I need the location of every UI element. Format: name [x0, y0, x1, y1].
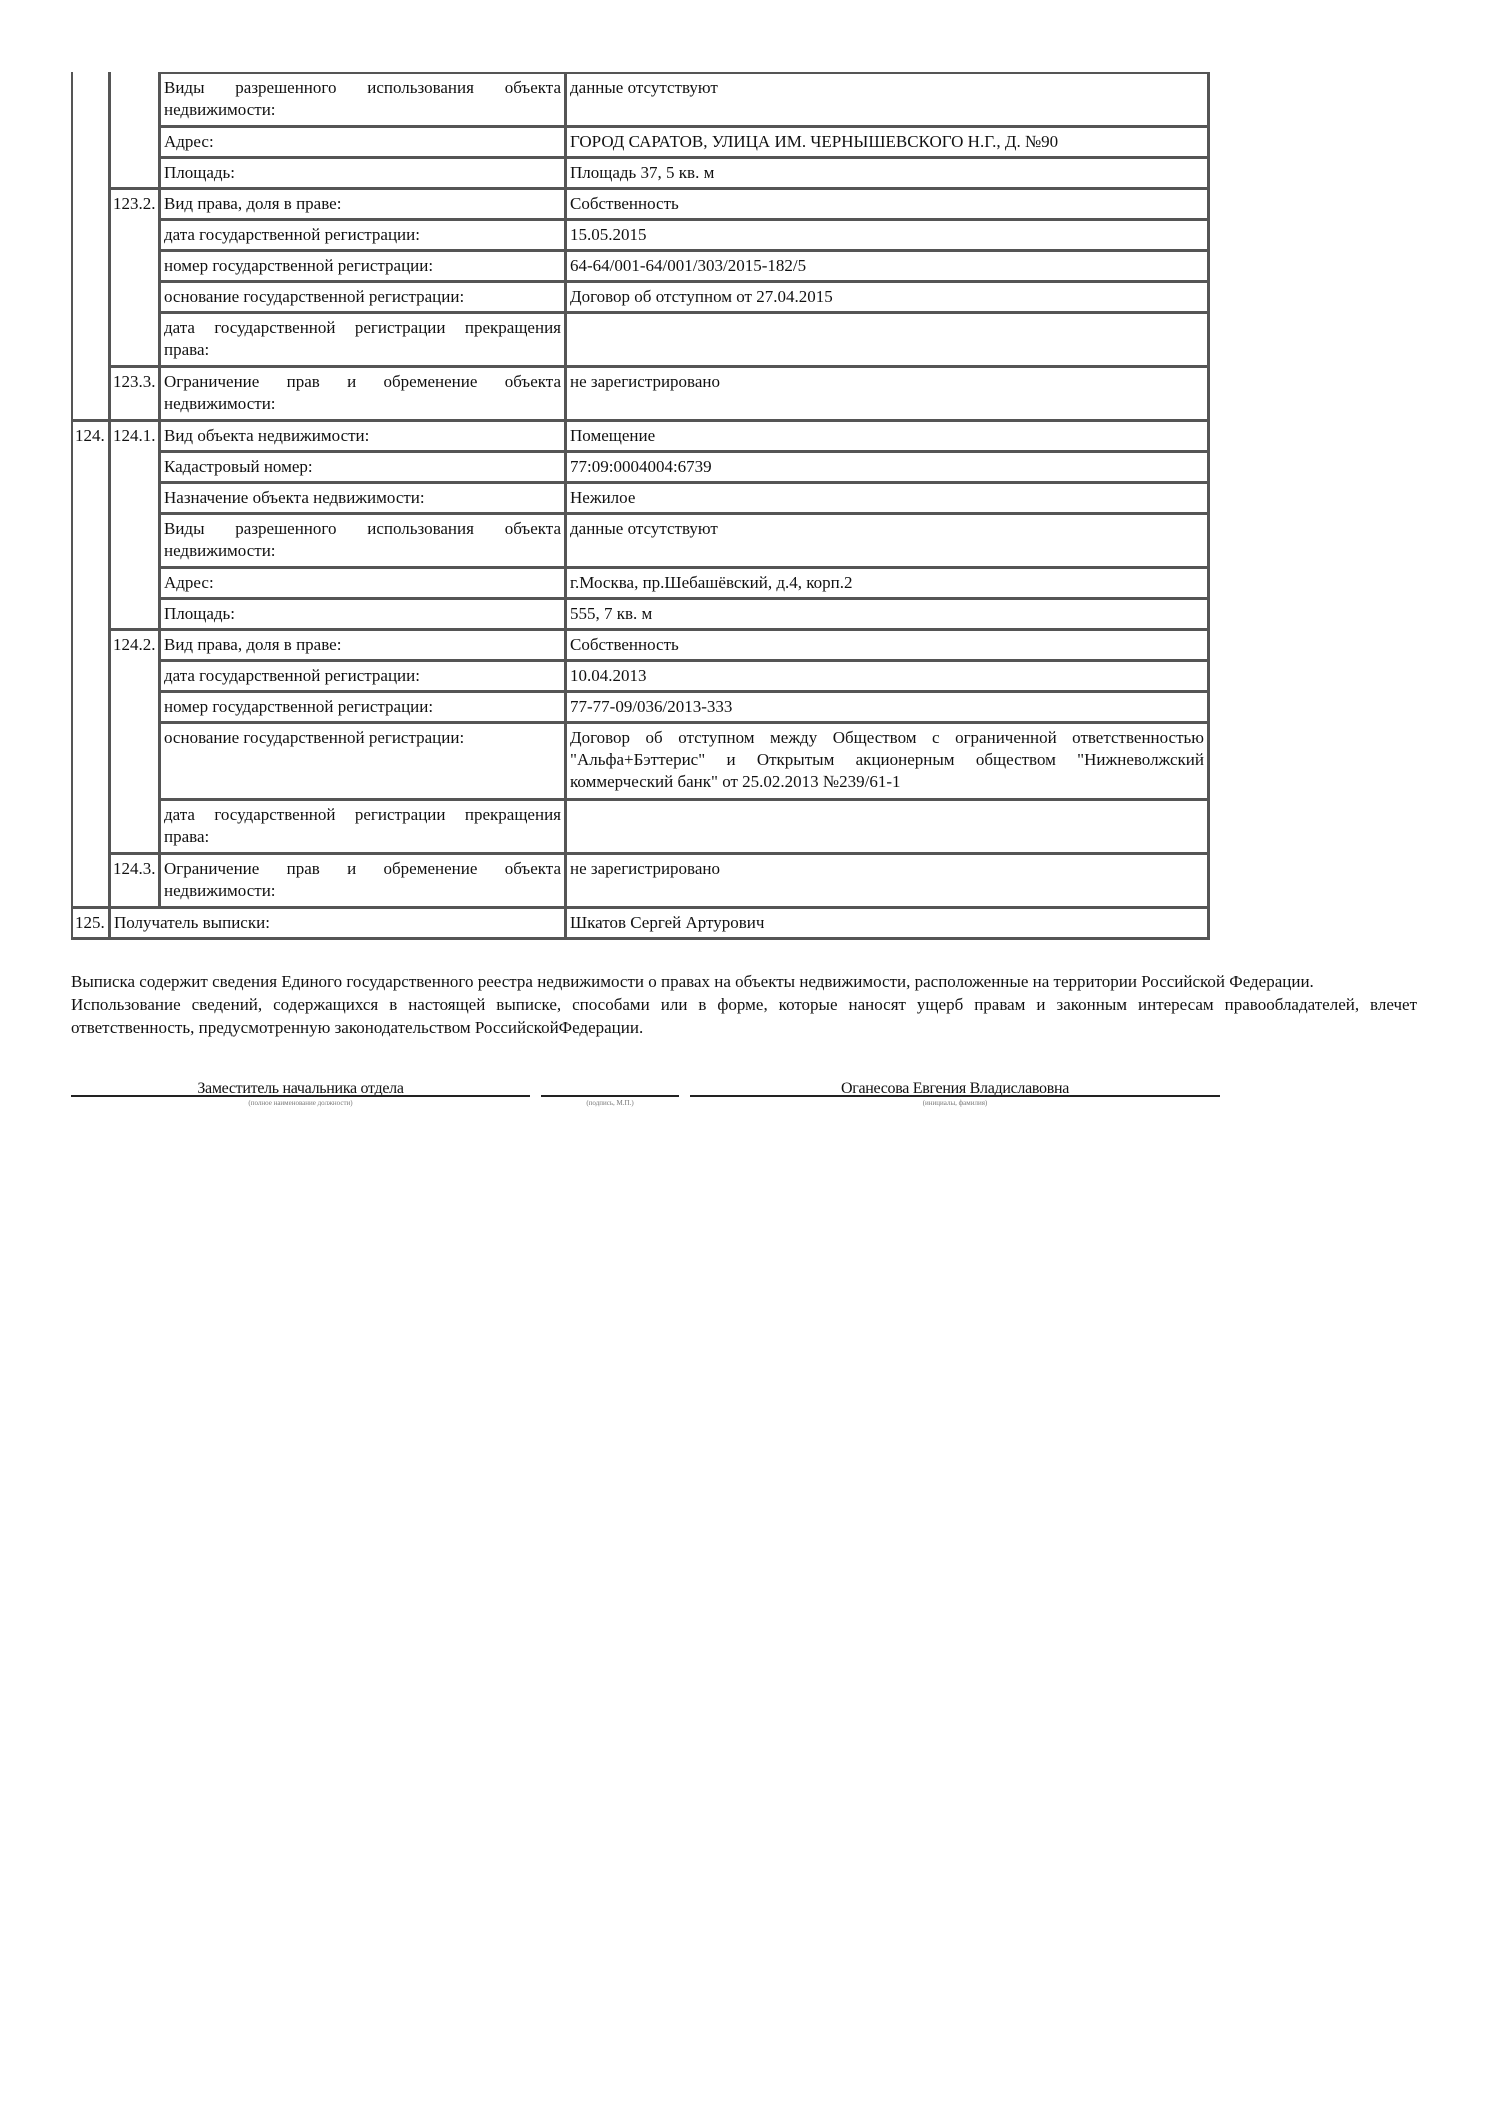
- field-value: 77:09:0004004:6739: [565, 451, 1210, 482]
- field-value: не зарегистрировано: [565, 853, 1210, 907]
- field-value: Нежилое: [565, 482, 1210, 513]
- section-number: 124.: [71, 420, 109, 907]
- field-label: Адрес:: [159, 567, 565, 598]
- signature-caption: (подпись, М.П.): [541, 1099, 679, 1107]
- field-label: Виды разрешенного использования объекта …: [159, 513, 565, 567]
- table-row: дата государственной регистрации прекращ…: [71, 312, 1210, 366]
- subsection-number: 124.1.: [109, 420, 159, 629]
- signature-name-block: Оганесова Евгения Владиславовна (инициал…: [690, 1077, 1220, 1117]
- subsection-number: 124.2.: [109, 629, 159, 853]
- table-row: 124.2. Вид права, доля в праве: Собствен…: [71, 629, 1210, 660]
- field-label: основание государственной регистрации:: [159, 722, 565, 799]
- field-value: Договор об отступном от 27.04.2015: [565, 281, 1210, 312]
- field-label: основание государственной регистрации:: [159, 281, 565, 312]
- table-row: 123.2. Вид права, доля в праве: Собствен…: [71, 188, 1210, 219]
- table-row-recipient: 125. Получатель выписки: Шкатов Сергей А…: [71, 907, 1210, 940]
- section-number: 125.: [71, 907, 109, 940]
- field-label: Получатель выписки:: [109, 907, 565, 940]
- table-row: Кадастровый номер: 77:09:0004004:6739: [71, 451, 1210, 482]
- field-value: 555, 7 кв. м: [565, 598, 1210, 629]
- legal-notes: Выписка содержит сведения Единого госуда…: [71, 970, 1417, 1039]
- table-row: основание государственной регистрации: Д…: [71, 281, 1210, 312]
- field-value: данные отсутствуют: [565, 72, 1210, 126]
- field-label: дата государственной регистрации прекращ…: [159, 312, 565, 366]
- subsection-number: 124.3.: [109, 853, 159, 907]
- field-label: номер государственной регистрации:: [159, 250, 565, 281]
- recipient-name: Шкатов Сергей Артурович: [565, 907, 1210, 940]
- field-label: Адрес:: [159, 126, 565, 157]
- table-row: дата государственной регистрации: 10.04.…: [71, 660, 1210, 691]
- field-value: 15.05.2015: [565, 219, 1210, 250]
- note-paragraph: Использование сведений, содержащихся в н…: [71, 993, 1417, 1039]
- registry-extract-table: Виды разрешенного использования объекта …: [71, 72, 1210, 940]
- signature-line: [71, 1095, 530, 1097]
- position-caption: (полное наименование должности): [71, 1099, 530, 1107]
- table-row: Виды разрешенного использования объекта …: [71, 513, 1210, 567]
- subsection-number: 123.3.: [109, 366, 159, 420]
- name-caption: (инициалы, фамилия): [690, 1099, 1220, 1107]
- table-row: Назначение объекта недвижимости: Нежилое: [71, 482, 1210, 513]
- field-label: Вид права, доля в праве:: [159, 629, 565, 660]
- field-value: 64-64/001-64/001/303/2015-182/5: [565, 250, 1210, 281]
- table-row: основание государственной регистрации: Д…: [71, 722, 1210, 799]
- table-row: 124.3. Ограничение прав и обременение об…: [71, 853, 1210, 907]
- note-paragraph: Выписка содержит сведения Единого госуда…: [71, 970, 1417, 993]
- field-value: Собственность: [565, 188, 1210, 219]
- field-value: Помещение: [565, 420, 1210, 451]
- table-row: 124. 124.1. Вид объекта недвижимости: По…: [71, 420, 1210, 451]
- field-label: Виды разрешенного использования объекта …: [159, 72, 565, 126]
- field-label: дата государственной регистрации прекращ…: [159, 799, 565, 853]
- field-label: Вид права, доля в праве:: [159, 188, 565, 219]
- table-row: Площадь: 555, 7 кв. м: [71, 598, 1210, 629]
- field-label: Ограничение прав и обременение объекта н…: [159, 853, 565, 907]
- subsection-number: 123.2.: [109, 188, 159, 366]
- table-row: дата государственной регистрации: 15.05.…: [71, 219, 1210, 250]
- field-value: г.Москва, пр.Шебашёвский, д.4, корп.2: [565, 567, 1210, 598]
- field-label: Вид объекта недвижимости:: [159, 420, 565, 451]
- field-value: 77-77-09/036/2013-333: [565, 691, 1210, 722]
- field-value: Площадь 37, 5 кв. м: [565, 157, 1210, 188]
- field-value: Договор об отступном между Обществом с о…: [565, 722, 1210, 799]
- table-row: номер государственной регистрации: 64-64…: [71, 250, 1210, 281]
- field-value: [565, 799, 1210, 853]
- signature-line: [690, 1095, 1220, 1097]
- field-label: номер государственной регистрации:: [159, 691, 565, 722]
- field-label: Кадастровый номер:: [159, 451, 565, 482]
- table-row: номер государственной регистрации: 77-77…: [71, 691, 1210, 722]
- section-number-cell: [71, 72, 109, 420]
- field-label: Площадь:: [159, 598, 565, 629]
- field-value: не зарегистрировано: [565, 366, 1210, 420]
- field-label: Площадь:: [159, 157, 565, 188]
- field-value: 10.04.2013: [565, 660, 1210, 691]
- table-row: Виды разрешенного использования объекта …: [71, 72, 1210, 126]
- table-row: 123.3. Ограничение прав и обременение об…: [71, 366, 1210, 420]
- field-value: данные отсутствуют: [565, 513, 1210, 567]
- signature-position-block: Заместитель начальника отдела (полное на…: [71, 1077, 530, 1117]
- table-row: дата государственной регистрации прекращ…: [71, 799, 1210, 853]
- field-value: Собственность: [565, 629, 1210, 660]
- subsection-number-cell: [109, 72, 159, 188]
- field-label: дата государственной регистрации:: [159, 660, 565, 691]
- signature-line: [541, 1095, 679, 1097]
- table-row: Адрес: г.Москва, пр.Шебашёвский, д.4, ко…: [71, 567, 1210, 598]
- field-label: Ограничение прав и обременение объекта н…: [159, 366, 565, 420]
- field-value: [565, 312, 1210, 366]
- field-value: ГОРОД САРАТОВ, УЛИЦА ИМ. ЧЕРНЫШЕВСКОГО Н…: [565, 126, 1210, 157]
- field-label: дата государственной регистрации:: [159, 219, 565, 250]
- table-row: Адрес: ГОРОД САРАТОВ, УЛИЦА ИМ. ЧЕРНЫШЕВ…: [71, 126, 1210, 157]
- field-label: Назначение объекта недвижимости:: [159, 482, 565, 513]
- document-page: Виды разрешенного использования объекта …: [0, 0, 1487, 2105]
- signature-sign-block: (подпись, М.П.): [541, 1077, 679, 1117]
- table-row: Площадь: Площадь 37, 5 кв. м: [71, 157, 1210, 188]
